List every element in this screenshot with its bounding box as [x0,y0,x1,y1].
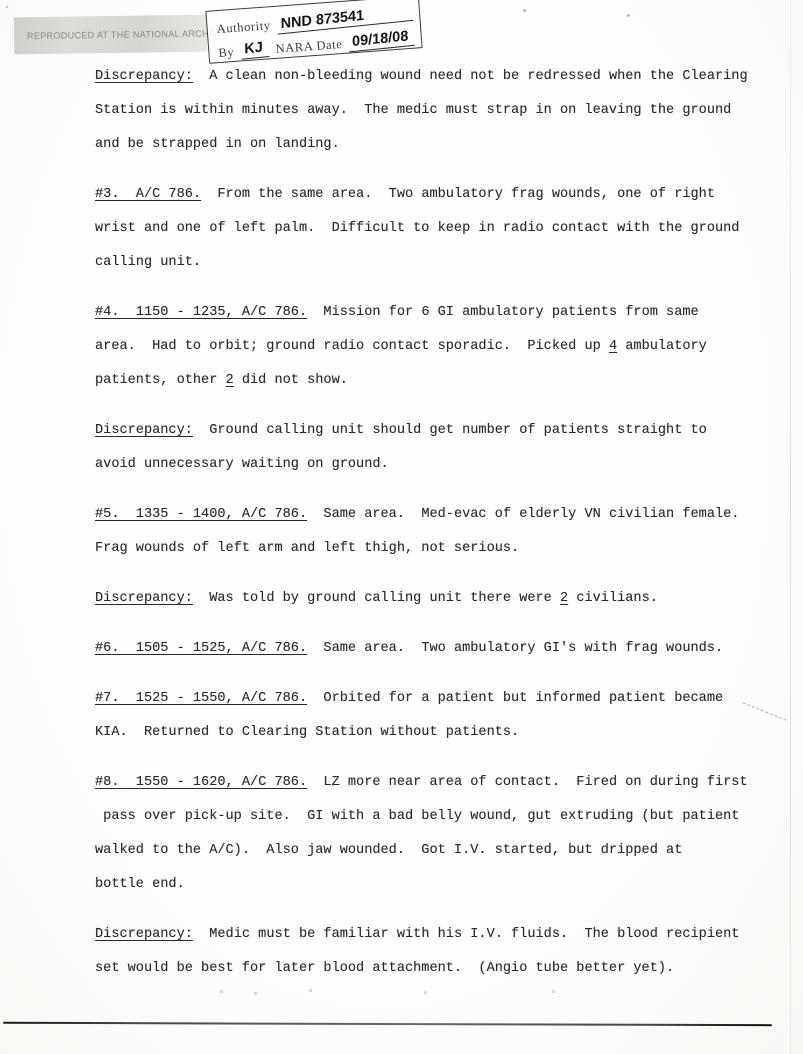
text-line: and be strapped in on landing. [95,128,775,162]
text-line: #5. 1335 - 1400, A/C 786. Same area. Med… [95,498,775,532]
text-segment: walked to the A/C). Also jaw wounded. Go… [95,843,682,858]
underlined-text: Discrepancy: [95,927,193,942]
text-segment: and be strapped in on landing. [95,137,340,152]
by-label: By [218,45,235,61]
declassification-stamp: Authority NND 873541 By KJ NARA Date 09/… [205,0,422,64]
text-segment: KIA. Returned to Clearing Station withou… [95,725,519,740]
scan-bottom-edge-line [3,1022,772,1026]
archives-stamp: REPRODUCED AT THE NATIONAL ARCHIVES [14,15,207,55]
scan-speck [6,6,8,8]
text-segment: Was told by ground calling unit there we… [193,591,560,606]
text-segment: did not show. [234,373,348,388]
text-line: avoid unnecessary waiting on ground. [95,448,775,482]
text-line: KIA. Returned to Clearing Station withou… [95,716,775,750]
text-line: #8. 1550 - 1620, A/C 786. LZ more near a… [95,766,775,800]
underlined-text: #6. 1505 - 1525, A/C 786. [95,641,307,656]
paragraph: #5. 1335 - 1400, A/C 786. Same area. Med… [95,498,775,566]
paragraph: #7. 1525 - 1550, A/C 786. Orbited for a … [95,682,775,750]
text-line: Frag wounds of left arm and left thigh, … [95,532,775,566]
underlined-text: Discrepancy: [95,591,193,606]
underlined-text: #5. 1335 - 1400, A/C 786. [95,507,307,522]
underlined-text: #4. 1150 - 1235, A/C 786. [95,305,307,320]
text-segment: set would be best for later blood attach… [95,961,674,976]
text-line: set would be best for later blood attach… [95,952,775,986]
text-segment: Same area. Two ambulatory GI's with frag… [307,641,723,656]
underlined-text: Discrepancy: [95,69,193,84]
text-segment: Frag wounds of left arm and left thigh, … [95,541,519,556]
text-line: walked to the A/C). Also jaw wounded. Go… [95,834,775,868]
underlined-text: Discrepancy: [95,423,193,438]
text-segment: bottle end. [95,877,185,892]
text-line: #7. 1525 - 1550, A/C 786. Orbited for a … [95,682,775,716]
nara-date-label: NARA Date [275,37,343,56]
text-line: wrist and one of left palm. Difficult to… [95,212,775,246]
paragraph: Discrepancy: Medic must be familiar with… [95,918,775,986]
text-line: patients, other 2 did not show. [95,364,775,398]
scan-speck [627,14,630,17]
text-line: calling unit. [95,246,775,280]
text-segment: Station is within minutes away. The medi… [95,103,731,118]
text-line: Discrepancy: Was told by ground calling … [95,582,775,616]
text-line: #4. 1150 - 1235, A/C 786. Mission for 6 … [95,296,775,330]
by-value: KJ [241,40,269,60]
text-line: Discrepancy: Ground calling unit should … [95,414,775,448]
text-segment: Medic must be familiar with his I.V. flu… [193,927,740,942]
paragraph: Discrepancy: Was told by ground calling … [95,582,775,616]
text-line: #6. 1505 - 1525, A/C 786. Same area. Two… [95,632,775,666]
text-segment: calling unit. [95,255,201,270]
text-line: area. Had to orbit; ground radio contact… [95,330,775,364]
date-value: 09/18/08 [349,28,415,52]
text-segment: wrist and one of left palm. Difficult to… [95,221,739,236]
text-segment: From the same area. Two ambulatory frag … [201,187,715,202]
scan-speck [523,9,526,12]
paragraph: Discrepancy: A clean non-bleeding wound … [95,60,775,162]
underlined-text: 2 [226,373,234,388]
text-segment: civilians. [568,591,658,606]
text-line: Discrepancy: A clean non-bleeding wound … [95,60,775,94]
underlined-text: 4 [609,339,617,354]
archives-stamp-text: REPRODUCED AT THE NATIONAL ARCHIVES [27,28,231,41]
text-segment: Same area. Med-evac of elderly VN civili… [307,507,739,522]
underlined-text: #3. A/C 786. [95,187,201,202]
paragraph: #3. A/C 786. From the same area. Two amb… [95,178,775,280]
scanned-page: REPRODUCED AT THE NATIONAL ARCHIVES Auth… [0,0,803,1054]
document-body: Discrepancy: A clean non-bleeding wound … [95,60,775,986]
text-segment: patients, other [95,373,226,388]
text-line: #3. A/C 786. From the same area. Two amb… [95,178,775,212]
text-line: bottle end. [95,868,775,902]
scan-smudge [215,989,216,990]
text-segment: A clean non-bleeding wound need not be r… [193,69,748,84]
text-segment: avoid unnecessary waiting on ground. [95,457,389,472]
underlined-text: 2 [560,591,568,606]
paragraph: #8. 1550 - 1620, A/C 786. LZ more near a… [95,766,775,902]
text-segment: Ground calling unit should get number of… [193,423,707,438]
text-line: Station is within minutes away. The medi… [95,94,775,128]
underlined-text: #7. 1525 - 1550, A/C 786. [95,691,307,706]
text-line: pass over pick-up site. GI with a bad be… [95,800,775,834]
text-segment: Mission for 6 GI ambulatory patients fro… [307,305,699,320]
text-line: Discrepancy: Medic must be familiar with… [95,918,775,952]
paragraph: #6. 1505 - 1525, A/C 786. Same area. Two… [95,632,775,666]
text-segment: Orbited for a patient but informed patie… [307,691,723,706]
text-segment: LZ more near area of contact. Fired on d… [307,775,748,790]
text-segment: ambulatory [617,339,707,354]
text-segment: area. Had to orbit; ground radio contact… [95,339,609,354]
underlined-text: #8. 1550 - 1620, A/C 786. [95,775,307,790]
text-segment: pass over pick-up site. GI with a bad be… [95,809,739,824]
scan-right-edge-line [790,0,791,1054]
paragraph: Discrepancy: Ground calling unit should … [95,414,775,482]
paragraph: #4. 1150 - 1235, A/C 786. Mission for 6 … [95,296,775,398]
